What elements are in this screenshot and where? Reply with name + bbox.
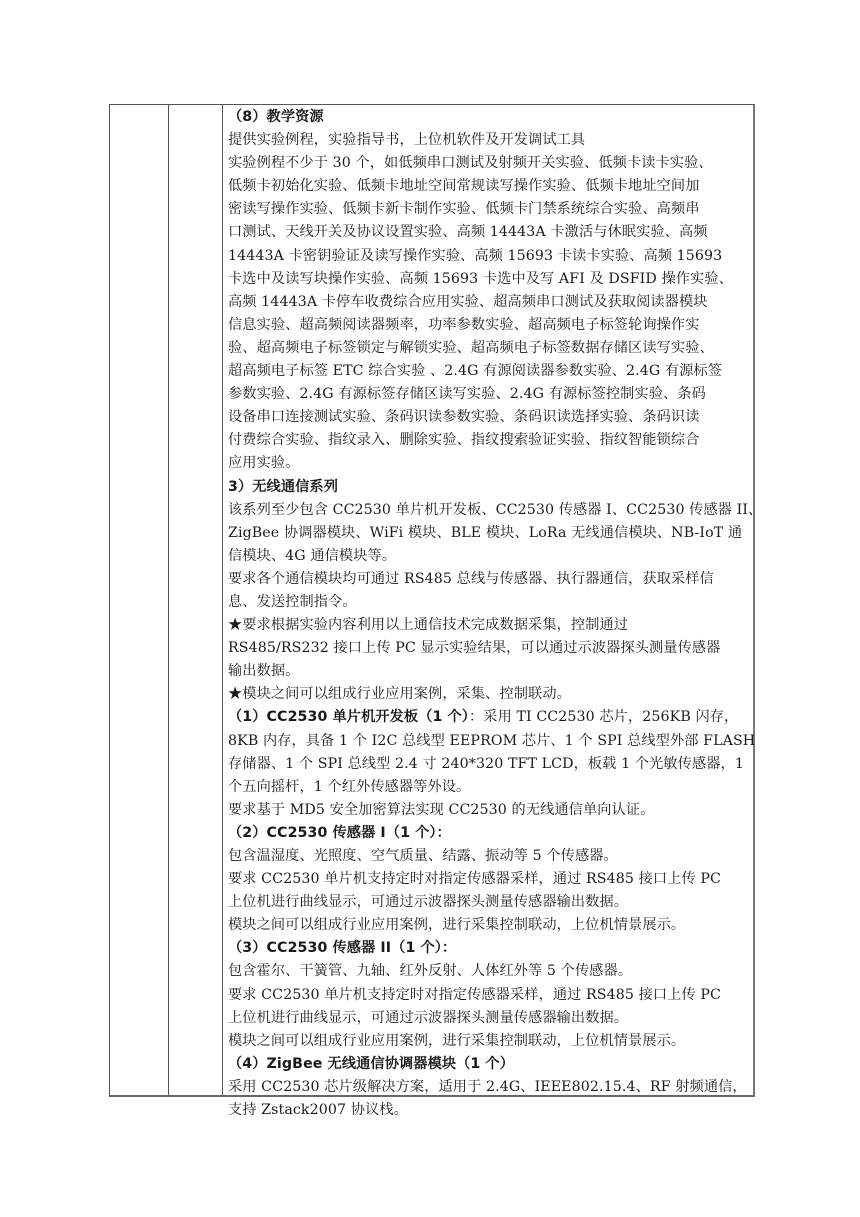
spec-table: （8）教学资源 提供实验例程，实验指导书，上位机软件及开发调试工具 实验例程不少… [109,104,755,1097]
spec-content-cell: （8）教学资源 提供实验例程，实验指导书，上位机软件及开发调试工具 实验例程不少… [228,106,753,1122]
text-line: 高频 14443A 卡停车收费综合应用实验、超高频串口测试及获取阅读器模块 [228,291,753,314]
text-line: 实验例程不少于 30 个，如低频串口测试及射频开关实验、低频卡读卡实验、 [228,152,753,175]
item-title-rest: ：采用 TI CC2530 芯片，256KB 闪存， [469,709,738,725]
text-line: ★模块之间可以组成行业应用案例，采集、控制联动。 [228,683,753,706]
section-heading-wireless: 3）无线通信系列 [228,476,753,499]
table-column-name [169,105,223,1095]
text-line: 要求 CC2530 单片机支持定时对指定传感器采样，通过 RS485 接口上传 … [228,868,753,891]
text-line: 模块之间可以组成行业应用案例，进行采集控制联动，上位机情景展示。 [228,1030,753,1053]
text-line: 模块之间可以组成行业应用案例，进行采集控制联动，上位机情景展示。 [228,914,753,937]
text-line: 要求各个通信模块均可通过 RS485 总线与传感器、执行器通信，获取采样信 [228,568,753,591]
text-line: 超高频电子标签 ETC 综合实验 、2.4G 有源阅读器参数实验、2.4G 有源… [228,360,753,383]
text-line: 付费综合实验、指纹录入、删除实验、指纹搜索验证实验、指纹智能锁综合 [228,429,753,452]
item-title: （1）CC2530 单片机开发板（1 个） [228,709,469,725]
text-line: 输出数据。 [228,660,753,683]
text-line: 支持 Zstack2007 协议栈。 [228,1099,753,1122]
text-line: 上位机进行曲线显示，可通过示波器探头测量传感器输出数据。 [228,1007,753,1030]
text-line: 息、发送控制指令。 [228,591,753,614]
item-heading-zigbee-coordinator: （4）ZigBee 无线通信协调器模块（1 个） [228,1053,753,1076]
text-line: 信息实验、超高频阅读器频率，功率参数实验、超高频电子标签轮询操作实 [228,314,753,337]
text-line: 上位机进行曲线显示，可通过示波器探头测量传感器输出数据。 [228,891,753,914]
text-line: 卡选中及读写块操作实验、高频 15693 卡选中及写 AFI 及 DSFID 操… [228,268,753,291]
text-line: ★要求根据实验内容利用以上通信技术完成数据采集，控制通过 [228,614,753,637]
text-line: 个五向摇杆，1 个红外传感器等外设。 [228,776,753,799]
text-line: RS485/RS232 接口上传 PC 显示实验结果，可以通过示波器探头测量传感… [228,637,753,660]
text-line: 参数实验、2.4G 有源标签存储区读写实验、2.4G 有源标签控制实验、条码 [228,383,753,406]
text-line: 要求基于 MD5 安全加密算法实现 CC2530 的无线通信单向认证。 [228,799,753,822]
text-line: 低频卡初始化实验、低频卡地址空间常规读写操作实验、低频卡地址空间加 [228,175,753,198]
text-line: 存储器、1 个 SPI 总线型 2.4 寸 240*320 TFT LCD，板载… [228,753,753,776]
text-line: 提供实验例程，实验指导书，上位机软件及开发调试工具 [228,129,753,152]
text-line: 应用实验。 [228,452,753,475]
text-line: ZigBee 协调器模块、WiFi 模块、BLE 模块、LoRa 无线通信模块、… [228,522,753,545]
text-line: 密读写操作实验、低频卡新卡制作实验、低频卡门禁系统综合实验、高频串 [228,198,753,221]
text-line: 要求 CC2530 单片机支持定时对指定传感器采样，通过 RS485 接口上传 … [228,984,753,1007]
text-line: 8KB 内存，具备 1 个 I2C 总线型 EEPROM 芯片、1 个 SPI … [228,730,753,753]
text-line: 包含温湿度、光照度、空气质量、结露、振动等 5 个传感器。 [228,845,753,868]
item-heading-cc2530-board: （1）CC2530 单片机开发板（1 个）：采用 TI CC2530 芯片，25… [228,706,753,729]
text-line: 该系列至少包含 CC2530 单片机开发板、CC2530 传感器 I、CC253… [228,499,753,522]
text-line: 包含霍尔、干簧管、九轴、红外反射、人体红外等 5 个传感器。 [228,960,753,983]
text-line: 设备串口连接测试实验、条码识读参数实验、条码识读选择实验、条码识读 [228,406,753,429]
table-column-index [110,105,169,1095]
text-line: 验、超高频电子标签锁定与解锁实验、超高频电子标签数据存储区读写实验、 [228,337,753,360]
item-heading-sensor-1: （2）CC2530 传感器 I（1 个）： [228,822,753,845]
text-line: 14443A 卡密钥验证及读写操作实验、高频 15693 卡读卡实验、高频 15… [228,245,753,268]
text-line: 口测试、天线开关及协议设置实验、高频 14443A 卡激活与休眠实验、高频 [228,221,753,244]
section-heading-teaching-resources: （8）教学资源 [228,106,753,129]
text-line: 采用 CC2530 芯片级解决方案，适用于 2.4G、IEEE802.15.4、… [228,1076,753,1099]
text-line: 信模块、4G 通信模块等。 [228,545,753,568]
item-heading-sensor-2: （3）CC2530 传感器 II（1 个）： [228,937,753,960]
